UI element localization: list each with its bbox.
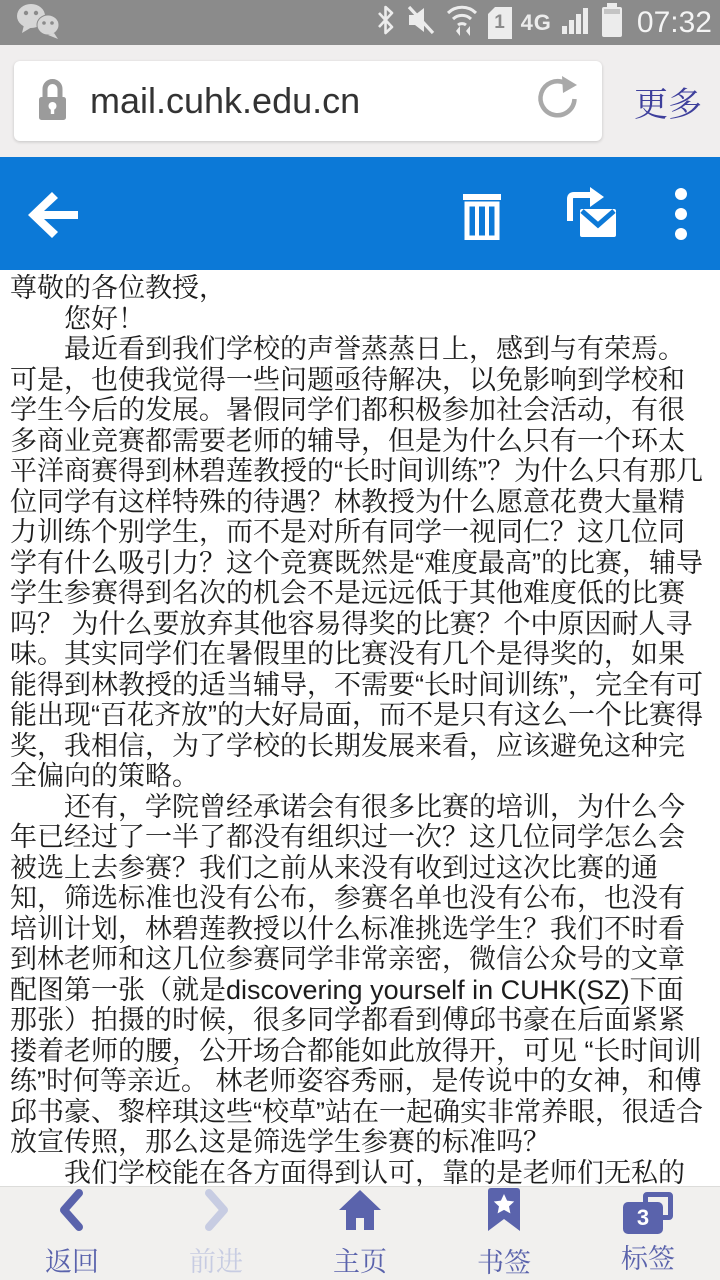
wechat-notification-icon xyxy=(14,1,66,44)
browser-address-bar: mail.cuhk.edu.cn 更多 xyxy=(0,45,720,157)
sim-number: 1 xyxy=(488,7,512,39)
home-icon xyxy=(336,1188,384,1237)
wifi-icon xyxy=(445,3,479,42)
delete-icon[interactable] xyxy=(458,188,506,240)
tab-count-badge: 3 xyxy=(623,1202,663,1234)
status-bar: 1 4G 07:32 xyxy=(0,0,720,45)
email-salutation: 尊敬的各位教授， xyxy=(10,273,710,304)
nav-forward-label: 前进 xyxy=(189,1240,243,1279)
chevron-right-icon xyxy=(196,1188,236,1237)
chevron-left-icon xyxy=(52,1188,92,1237)
more-button[interactable]: 更多 xyxy=(634,77,706,126)
nav-back[interactable]: 返回 xyxy=(0,1187,144,1280)
signal-strength-icon xyxy=(561,5,591,40)
nav-tabs-label: 标签 xyxy=(621,1237,675,1276)
refresh-icon[interactable] xyxy=(534,75,582,128)
browser-bottom-nav: 返回 前进 主页 书签 3 标签 xyxy=(0,1186,720,1280)
mute-icon xyxy=(406,4,436,41)
nav-bookmarks[interactable]: 书签 xyxy=(432,1187,576,1280)
network-type-label: 4G xyxy=(521,10,552,36)
nav-home-label: 主页 xyxy=(333,1240,387,1279)
overflow-menu-icon[interactable] xyxy=(674,187,688,241)
bookmark-star-icon xyxy=(484,1187,524,1238)
email-paragraph: 我们学校能在各方面得到认可，靠的是老师们无私的教导，而不是靠这种牺牲色相的上位来… xyxy=(10,1158,710,1187)
clock: 07:32 xyxy=(637,6,712,40)
url-text: mail.cuhk.edu.cn xyxy=(90,80,534,122)
bluetooth-icon xyxy=(375,4,397,41)
move-to-folder-icon[interactable] xyxy=(562,187,618,241)
lock-icon xyxy=(34,76,70,127)
back-arrow-icon[interactable] xyxy=(26,190,82,238)
email-paragraph: 最近看到我们学校的声誉蒸蒸日上，感到与有荣焉。可是，也使我觉得一些问题亟待解决，… xyxy=(10,334,710,792)
mail-toolbar xyxy=(0,157,720,270)
email-greeting: 您好！ xyxy=(10,304,710,335)
email-body: 尊敬的各位教授， 您好！ 最近看到我们学校的声誉蒸蒸日上，感到与有荣焉。可是，也… xyxy=(0,270,720,1186)
nav-home[interactable]: 主页 xyxy=(288,1187,432,1280)
tabs-icon: 3 xyxy=(623,1192,673,1234)
nav-tabs[interactable]: 3 标签 xyxy=(576,1187,720,1280)
nav-forward[interactable]: 前进 xyxy=(144,1187,288,1280)
url-input[interactable]: mail.cuhk.edu.cn xyxy=(14,61,602,141)
sim-card-icon: 1 xyxy=(488,7,512,39)
nav-bookmarks-label: 书签 xyxy=(477,1241,531,1280)
battery-icon xyxy=(600,2,624,43)
nav-back-label: 返回 xyxy=(45,1240,99,1279)
email-paragraph: 还有，学院曾经承诺会有很多比赛的培训，为什么今年已经过了一半了都没有组织过一次？… xyxy=(10,792,710,1158)
